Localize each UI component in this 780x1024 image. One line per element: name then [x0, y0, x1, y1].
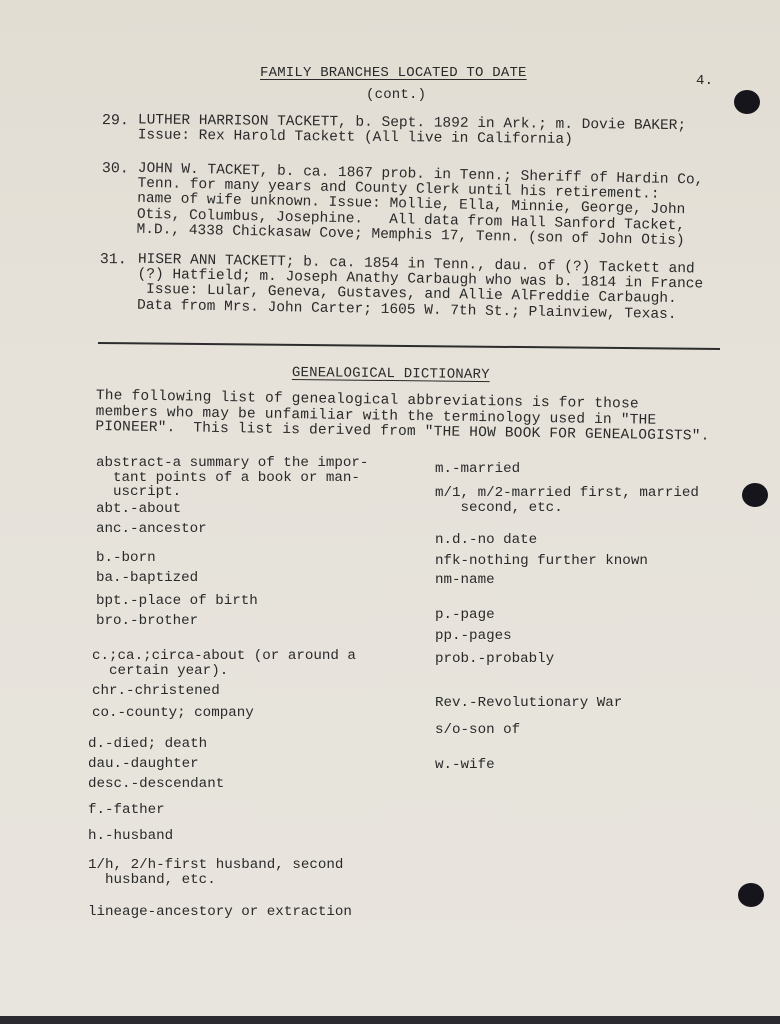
dictionary-term: desc.-descendant: [88, 777, 224, 792]
dictionary-term: s/o-son of: [435, 723, 520, 738]
entry-number: 29.: [102, 113, 129, 128]
dictionary-term: anc.-ancestor: [96, 522, 207, 537]
dictionary-term: co.-county; company: [92, 706, 254, 721]
punch-hole-top: [734, 90, 760, 114]
document-page: FAMILY BRANCHES LOCATED TO DATE (cont.) …: [0, 0, 780, 1016]
dictionary-term: prob.-probably: [435, 652, 554, 667]
punch-hole-middle: [742, 483, 768, 507]
dictionary-term: h.-husband: [88, 829, 173, 844]
dictionary-term: pp.-pages: [435, 629, 512, 644]
dictionary-term: w.-wife: [435, 758, 495, 773]
dictionary-term: bpt.-place of birth: [96, 594, 258, 609]
entry-text: LUTHER HARRISON TACKETT, b. Sept. 1892 i…: [138, 113, 686, 149]
entry-number: 31.: [100, 252, 127, 267]
dictionary-term: m/1, m/2-married first, married second, …: [435, 486, 699, 515]
dictionary-term: lineage-ancestory or extraction: [88, 905, 352, 920]
dictionary-term: bro.-brother: [96, 614, 198, 629]
dictionary-term: ba.-baptized: [96, 571, 198, 586]
page-number: 4.: [696, 74, 713, 89]
page-subtitle: (cont.): [366, 88, 426, 103]
entry-number: 30.: [102, 161, 129, 177]
dictionary-term: m.-married: [435, 462, 520, 477]
dictionary-term: 1/h, 2/h-first husband, second husband, …: [88, 858, 343, 887]
page-title: FAMILY BRANCHES LOCATED TO DATE: [260, 66, 527, 81]
dictionary-term: b.-born: [96, 551, 156, 566]
dictionary-term: p.-page: [435, 608, 495, 623]
dictionary-term: dau.-daughter: [88, 757, 199, 772]
dictionary-intro: The following list of genealogical abbre…: [95, 389, 710, 445]
dictionary-term: nfk-nothing further known: [435, 554, 648, 569]
dictionary-term: n.d.-no date: [435, 533, 537, 548]
dictionary-term: nm-name: [435, 573, 495, 588]
dictionary-term: abt.-about: [96, 502, 181, 517]
dictionary-term: c.;ca.;circa-about (or around a certain …: [92, 649, 356, 678]
dictionary-title: GENEALOGICAL DICTIONARY: [292, 366, 490, 383]
entry-text: JOHN W. TACKET, b. ca. 1867 prob. in Ten…: [136, 162, 703, 250]
dictionary-term: Rev.-Revolutionary War: [435, 696, 622, 711]
dictionary-term: abstract-a summary of the impor- tant po…: [96, 456, 368, 500]
dictionary-term: chr.-christened: [92, 684, 220, 699]
section-divider: [98, 342, 720, 350]
punch-hole-bottom: [738, 883, 764, 907]
entry-text: HISER ANN TACKETT; b. ca. 1854 in Tenn.,…: [137, 253, 704, 324]
scan-bottom-edge: [0, 1016, 780, 1024]
dictionary-term: f.-father: [88, 803, 165, 818]
dictionary-term: d.-died; death: [88, 737, 207, 752]
